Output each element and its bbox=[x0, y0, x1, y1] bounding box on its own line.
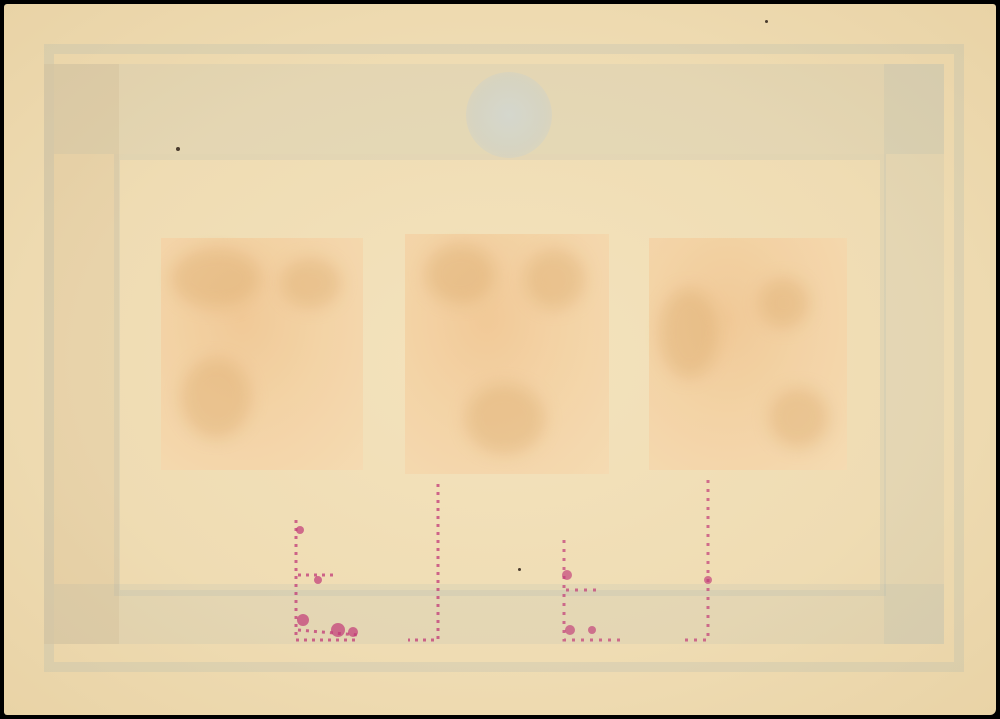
handstamp-left bbox=[288, 480, 448, 648]
handstamp-right bbox=[552, 480, 712, 648]
paper-speck bbox=[765, 20, 768, 23]
showthrough-medallion bbox=[466, 72, 552, 158]
stamp-right bbox=[649, 238, 847, 470]
souvenir-sheet-back bbox=[4, 4, 996, 715]
stamp-center bbox=[405, 234, 609, 474]
paper-speck bbox=[518, 568, 521, 571]
paper-speck bbox=[176, 147, 180, 151]
stamp-left bbox=[161, 238, 363, 470]
